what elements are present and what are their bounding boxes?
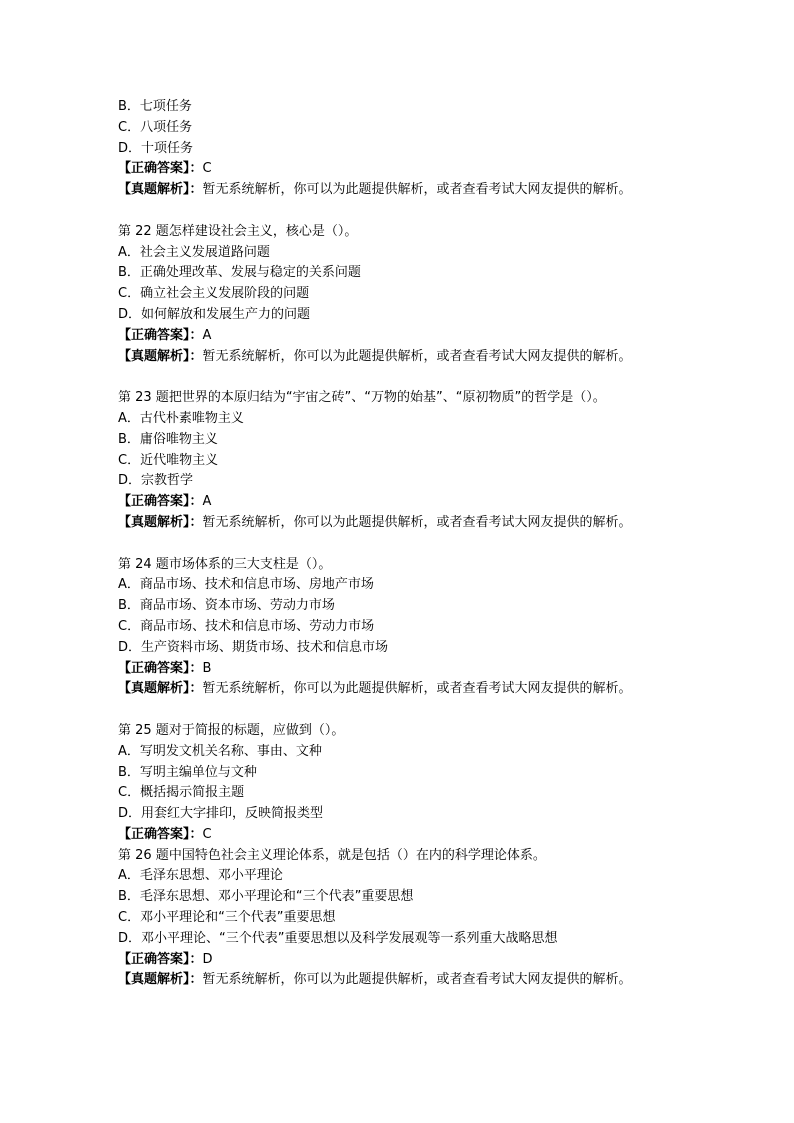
question-stem: 第 23 题把世界的本原归结为“宇宙之砖”、“万物的始基”、“原初物质”的哲学是… xyxy=(118,388,718,409)
question-26: 第 26 题中国特色社会主义理论体系，就是包括（）在内的科学理论体系。 A．毛泽… xyxy=(118,846,718,992)
option-b: B．写明主编单位与文种 xyxy=(118,763,718,784)
question-text: 市场体系的三大支柱是（）。 xyxy=(169,557,332,572)
answer-label: 【正确答案】： xyxy=(118,494,203,509)
question-text: 中国特色社会主义理论体系，就是包括（）在内的科学理论体系。 xyxy=(169,848,546,863)
analysis-text: 暂无系统解析，你可以为此题提供解析，或者查看考试大网友提供的解析。 xyxy=(203,681,632,696)
question-25: 第 25 题对于简报的标题，应做到（）。 A．写明发文机关名称、事由、文种 B．… xyxy=(118,721,718,846)
question-stem: 第 22 题怎样建设社会主义，核心是（）。 xyxy=(118,222,718,243)
answer-line: 【正确答案】：B xyxy=(118,659,718,680)
analysis-line: 【真题解析】：暂无系统解析，你可以为此题提供解析，或者查看考试大网友提供的解析。 xyxy=(118,513,718,534)
option-c: C．商品市场、技术和信息市场、劳动力市场 xyxy=(118,617,718,638)
answer-line: 【正确答案】：A xyxy=(118,492,718,513)
question-number: 第 24 题 xyxy=(118,557,169,572)
analysis-label: 【真题解析】： xyxy=(118,182,203,197)
option-c: C．八项任务 xyxy=(118,118,718,139)
option-d: D．邓小平理论、“三个代表”重要思想以及科学发展观等一系列重大战略思想 xyxy=(118,929,718,950)
question-23: 第 23 题把世界的本原归结为“宇宙之砖”、“万物的始基”、“原初物质”的哲学是… xyxy=(118,388,718,534)
analysis-text: 暂无系统解析，你可以为此题提供解析，或者查看考试大网友提供的解析。 xyxy=(203,515,632,530)
answer-line: 【正确答案】：C xyxy=(118,159,718,180)
question-stem: 第 25 题对于简报的标题，应做到（）。 xyxy=(118,721,718,742)
answer-line: 【正确答案】：C xyxy=(118,825,718,846)
question-stem: 第 24 题市场体系的三大支柱是（）。 xyxy=(118,555,718,576)
question-number: 第 25 题 xyxy=(118,723,169,738)
option-c: C．邓小平理论和“三个代表”重要思想 xyxy=(118,908,718,929)
option-a: A．写明发文机关名称、事由、文种 xyxy=(118,742,718,763)
question-text: 把世界的本原归结为“宇宙之砖”、“万物的始基”、“原初物质”的哲学是（）。 xyxy=(169,390,606,405)
answer-label: 【正确答案】： xyxy=(118,161,203,176)
question-22: 第 22 题怎样建设社会主义，核心是（）。 A．社会主义发展道路问题 B．正确处… xyxy=(118,222,718,368)
question-text: 怎样建设社会主义，核心是（）。 xyxy=(169,224,358,239)
option-d: D．生产资料市场、期货市场、技术和信息市场 xyxy=(118,638,718,659)
option-b: B．七项任务 xyxy=(118,97,718,118)
question-21-tail: B．七项任务 C．八项任务 D．十项任务 【正确答案】：C 【真题解析】：暂无系… xyxy=(118,97,718,201)
analysis-label: 【真题解析】： xyxy=(118,349,203,364)
answer-line: 【正确答案】：A xyxy=(118,326,718,347)
option-a: A．毛泽东思想、邓小平理论 xyxy=(118,866,718,887)
answer-label: 【正确答案】： xyxy=(118,661,203,676)
analysis-label: 【真题解析】： xyxy=(118,515,203,530)
answer-value: D xyxy=(203,952,213,967)
question-24: 第 24 题市场体系的三大支柱是（）。 A．商品市场、技术和信息市场、房地产市场… xyxy=(118,555,718,701)
option-b: B．正确处理改革、发展与稳定的关系问题 xyxy=(118,263,718,284)
answer-value: C xyxy=(203,161,212,176)
answer-value: A xyxy=(203,328,212,343)
answer-value: A xyxy=(203,494,212,509)
question-stem: 第 26 题中国特色社会主义理论体系，就是包括（）在内的科学理论体系。 xyxy=(118,846,718,867)
analysis-text: 暂无系统解析，你可以为此题提供解析，或者查看考试大网友提供的解析。 xyxy=(203,182,632,197)
option-a: A．社会主义发展道路问题 xyxy=(118,243,718,264)
analysis-line: 【真题解析】：暂无系统解析，你可以为此题提供解析，或者查看考试大网友提供的解析。 xyxy=(118,679,718,700)
option-b: B．毛泽东思想、邓小平理论和“三个代表”重要思想 xyxy=(118,887,718,908)
analysis-line: 【真题解析】：暂无系统解析，你可以为此题提供解析，或者查看考试大网友提供的解析。 xyxy=(118,970,718,991)
spacer xyxy=(118,700,718,721)
analysis-line: 【真题解析】：暂无系统解析，你可以为此题提供解析，或者查看考试大网友提供的解析。 xyxy=(118,180,718,201)
question-text: 对于简报的标题，应做到（）。 xyxy=(169,723,345,738)
analysis-label: 【真题解析】： xyxy=(118,681,203,696)
spacer xyxy=(118,534,718,555)
option-c: C．概括揭示简报主题 xyxy=(118,783,718,804)
option-b: B．商品市场、资本市场、劳动力市场 xyxy=(118,596,718,617)
spacer xyxy=(118,201,718,222)
answer-label: 【正确答案】： xyxy=(118,952,203,967)
option-d: D．十项任务 xyxy=(118,139,718,160)
answer-value: B xyxy=(203,661,212,676)
spacer xyxy=(118,367,718,388)
answer-line: 【正确答案】：D xyxy=(118,950,718,971)
analysis-label: 【真题解析】： xyxy=(118,972,203,987)
analysis-text: 暂无系统解析，你可以为此题提供解析，或者查看考试大网友提供的解析。 xyxy=(203,349,632,364)
analysis-text: 暂无系统解析，你可以为此题提供解析，或者查看考试大网友提供的解析。 xyxy=(203,972,632,987)
analysis-line: 【真题解析】：暂无系统解析，你可以为此题提供解析，或者查看考试大网友提供的解析。 xyxy=(118,347,718,368)
option-b: B．庸俗唯物主义 xyxy=(118,430,718,451)
option-d: D．用套红大字排印，反映简报类型 xyxy=(118,804,718,825)
answer-label: 【正确答案】： xyxy=(118,827,203,842)
answer-value: C xyxy=(203,827,212,842)
answer-label: 【正确答案】： xyxy=(118,328,203,343)
document-page: B．七项任务 C．八项任务 D．十项任务 【正确答案】：C 【真题解析】：暂无系… xyxy=(118,97,718,991)
option-d: D．如何解放和发展生产力的问题 xyxy=(118,305,718,326)
option-d: D．宗教哲学 xyxy=(118,471,718,492)
option-c: C．近代唯物主义 xyxy=(118,451,718,472)
question-number: 第 23 题 xyxy=(118,390,169,405)
question-number: 第 26 题 xyxy=(118,848,169,863)
question-number: 第 22 题 xyxy=(118,224,169,239)
option-c: C．确立社会主义发展阶段的问题 xyxy=(118,284,718,305)
option-a: A．古代朴素唯物主义 xyxy=(118,409,718,430)
option-a: A．商品市场、技术和信息市场、房地产市场 xyxy=(118,575,718,596)
